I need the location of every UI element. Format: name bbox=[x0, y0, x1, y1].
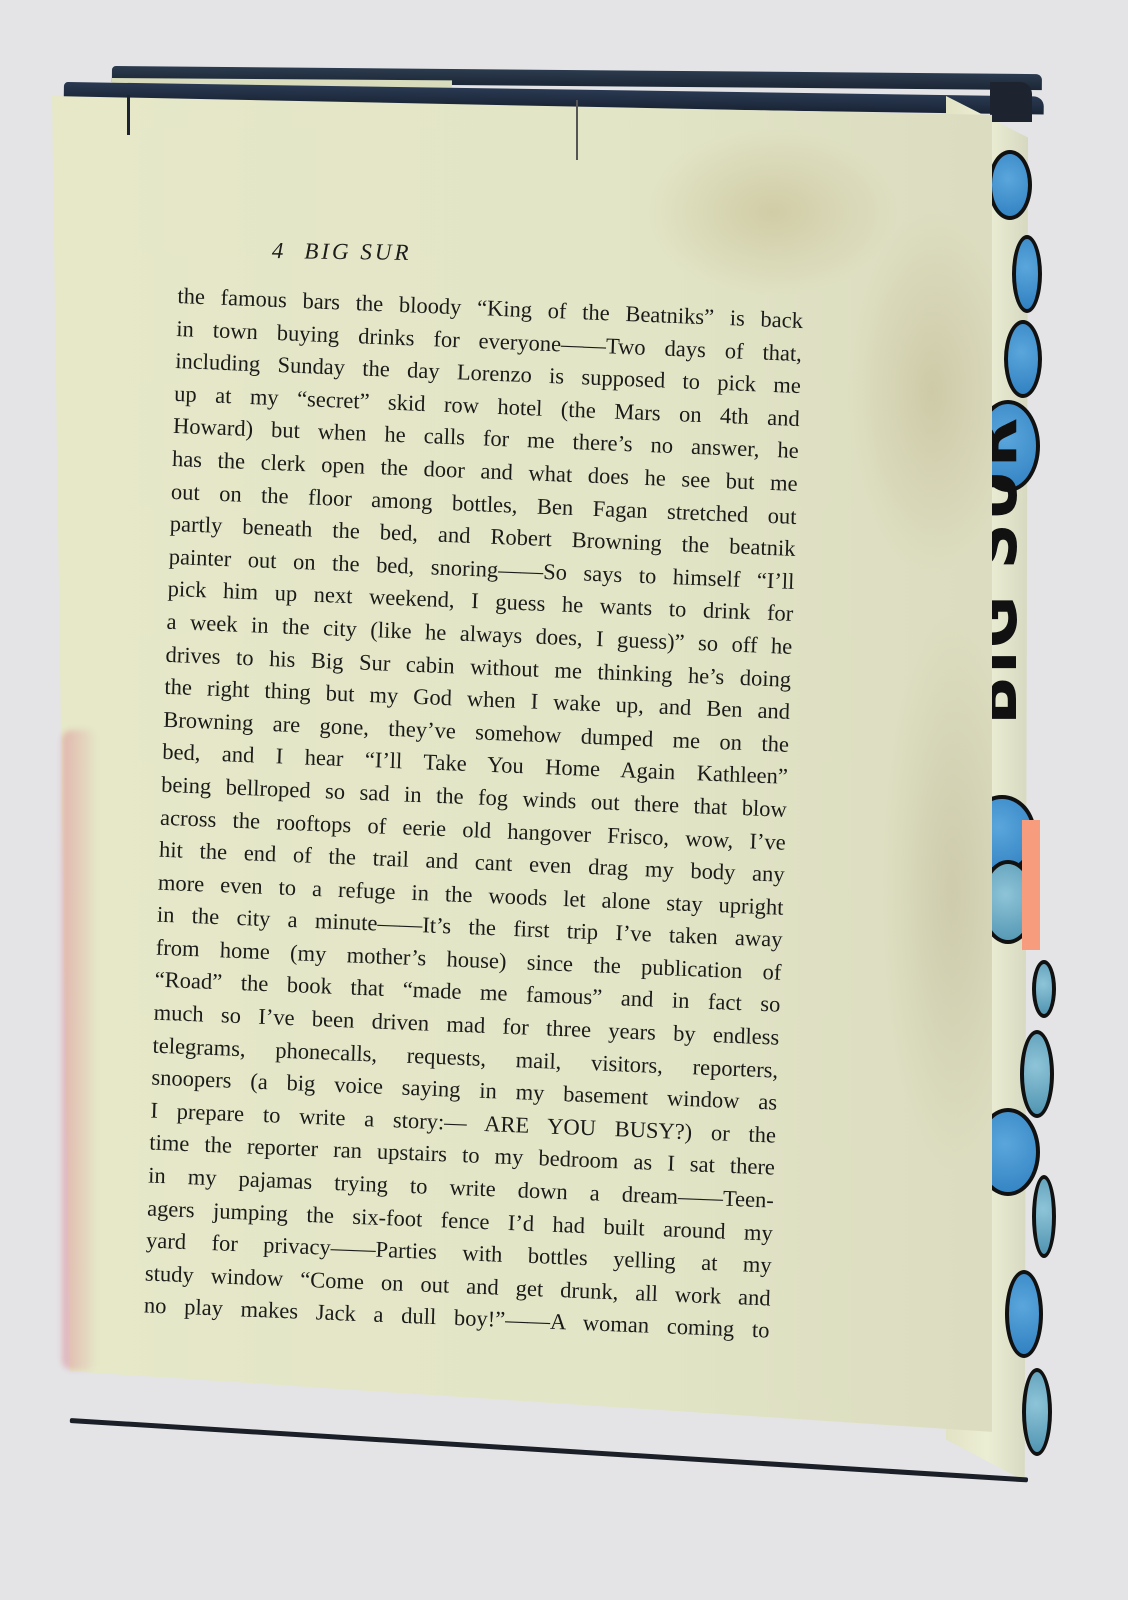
book-photo: BIG SUR 4BIG SUR the famous bars the blo… bbox=[0, 0, 1128, 1600]
spine-circle-decoration bbox=[1032, 960, 1056, 1018]
spine-circle-decoration bbox=[1032, 1175, 1056, 1258]
spine-top-edge bbox=[990, 82, 1032, 122]
running-head: 4BIG SUR bbox=[272, 238, 412, 266]
page-number: 4 bbox=[272, 238, 287, 263]
bottom-board-edge bbox=[70, 1418, 1028, 1482]
page-body-text: the famous bars the bloody “King of the … bbox=[143, 280, 803, 1348]
price-sticker bbox=[1022, 820, 1040, 950]
jacket-tear bbox=[127, 95, 130, 135]
jacket-tear bbox=[576, 100, 578, 160]
spine-circle-decoration bbox=[1022, 1368, 1052, 1456]
spine-circle-decoration bbox=[988, 150, 1032, 220]
stain-mark bbox=[62, 730, 96, 1370]
spine-circle-decoration bbox=[1020, 1030, 1054, 1118]
spine-circle-decoration bbox=[1005, 1270, 1043, 1358]
running-head-title: BIG SUR bbox=[304, 238, 412, 264]
